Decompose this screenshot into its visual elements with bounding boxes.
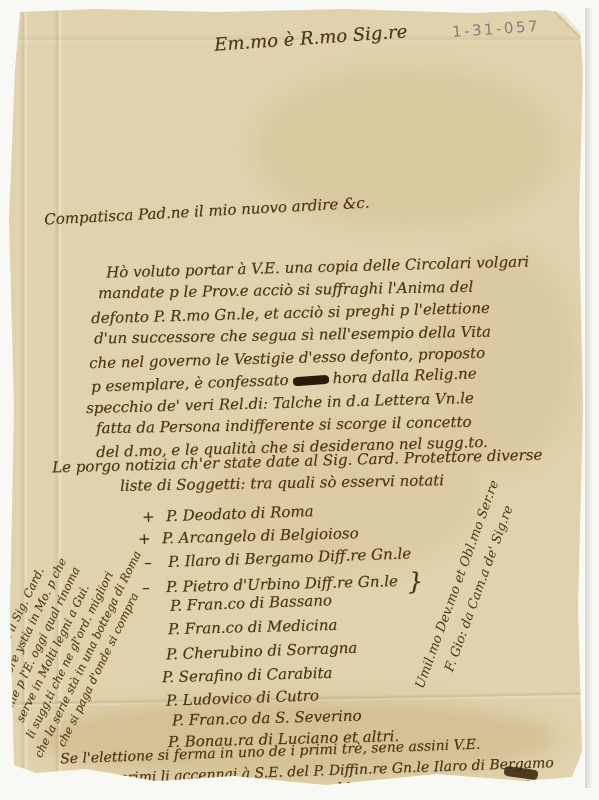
- list-item-name: P. Serafino di Carabita: [162, 664, 333, 686]
- body-line-segment: p esemplare, è confessato: [91, 371, 289, 396]
- list-item: P. Cherubino di Sorragna: [166, 639, 358, 664]
- body-line: mandate p le Prov.e acciò si suffraghi l…: [98, 278, 473, 303]
- ink-deletion-blot: [292, 374, 329, 385]
- salutation-line: Compatisca Pad.ne il mio nuovo ardire &c…: [44, 193, 370, 228]
- folded-corner: [549, 8, 587, 42]
- letter-heading: Em.mo è R.mo Sig.re: [214, 21, 408, 55]
- list-item-name: P. Fran.co di Medicina: [168, 616, 338, 638]
- scanned-manuscript-page: { "archive_number": "1-31-057", "colors"…: [0, 0, 599, 800]
- list-item-name: P. Cherubino di Sorragna: [166, 639, 358, 664]
- list-item: –P. Ilaro di Bergamo Diff.re Gn.le: [144, 544, 412, 571]
- list-item-name: P. Ilaro di Bergamo Diff.re Gn.le: [168, 544, 412, 570]
- list-item: P. Fran.co di Medicina: [168, 616, 338, 638]
- list-brace: }: [407, 567, 423, 595]
- scanner-shadow-right: [585, 8, 593, 788]
- list-item: P. Serafino di Carabita: [162, 664, 333, 686]
- manuscript-paper: 1-31-057 Em.mo è R.mo Sig.re Compatisca …: [6, 8, 591, 790]
